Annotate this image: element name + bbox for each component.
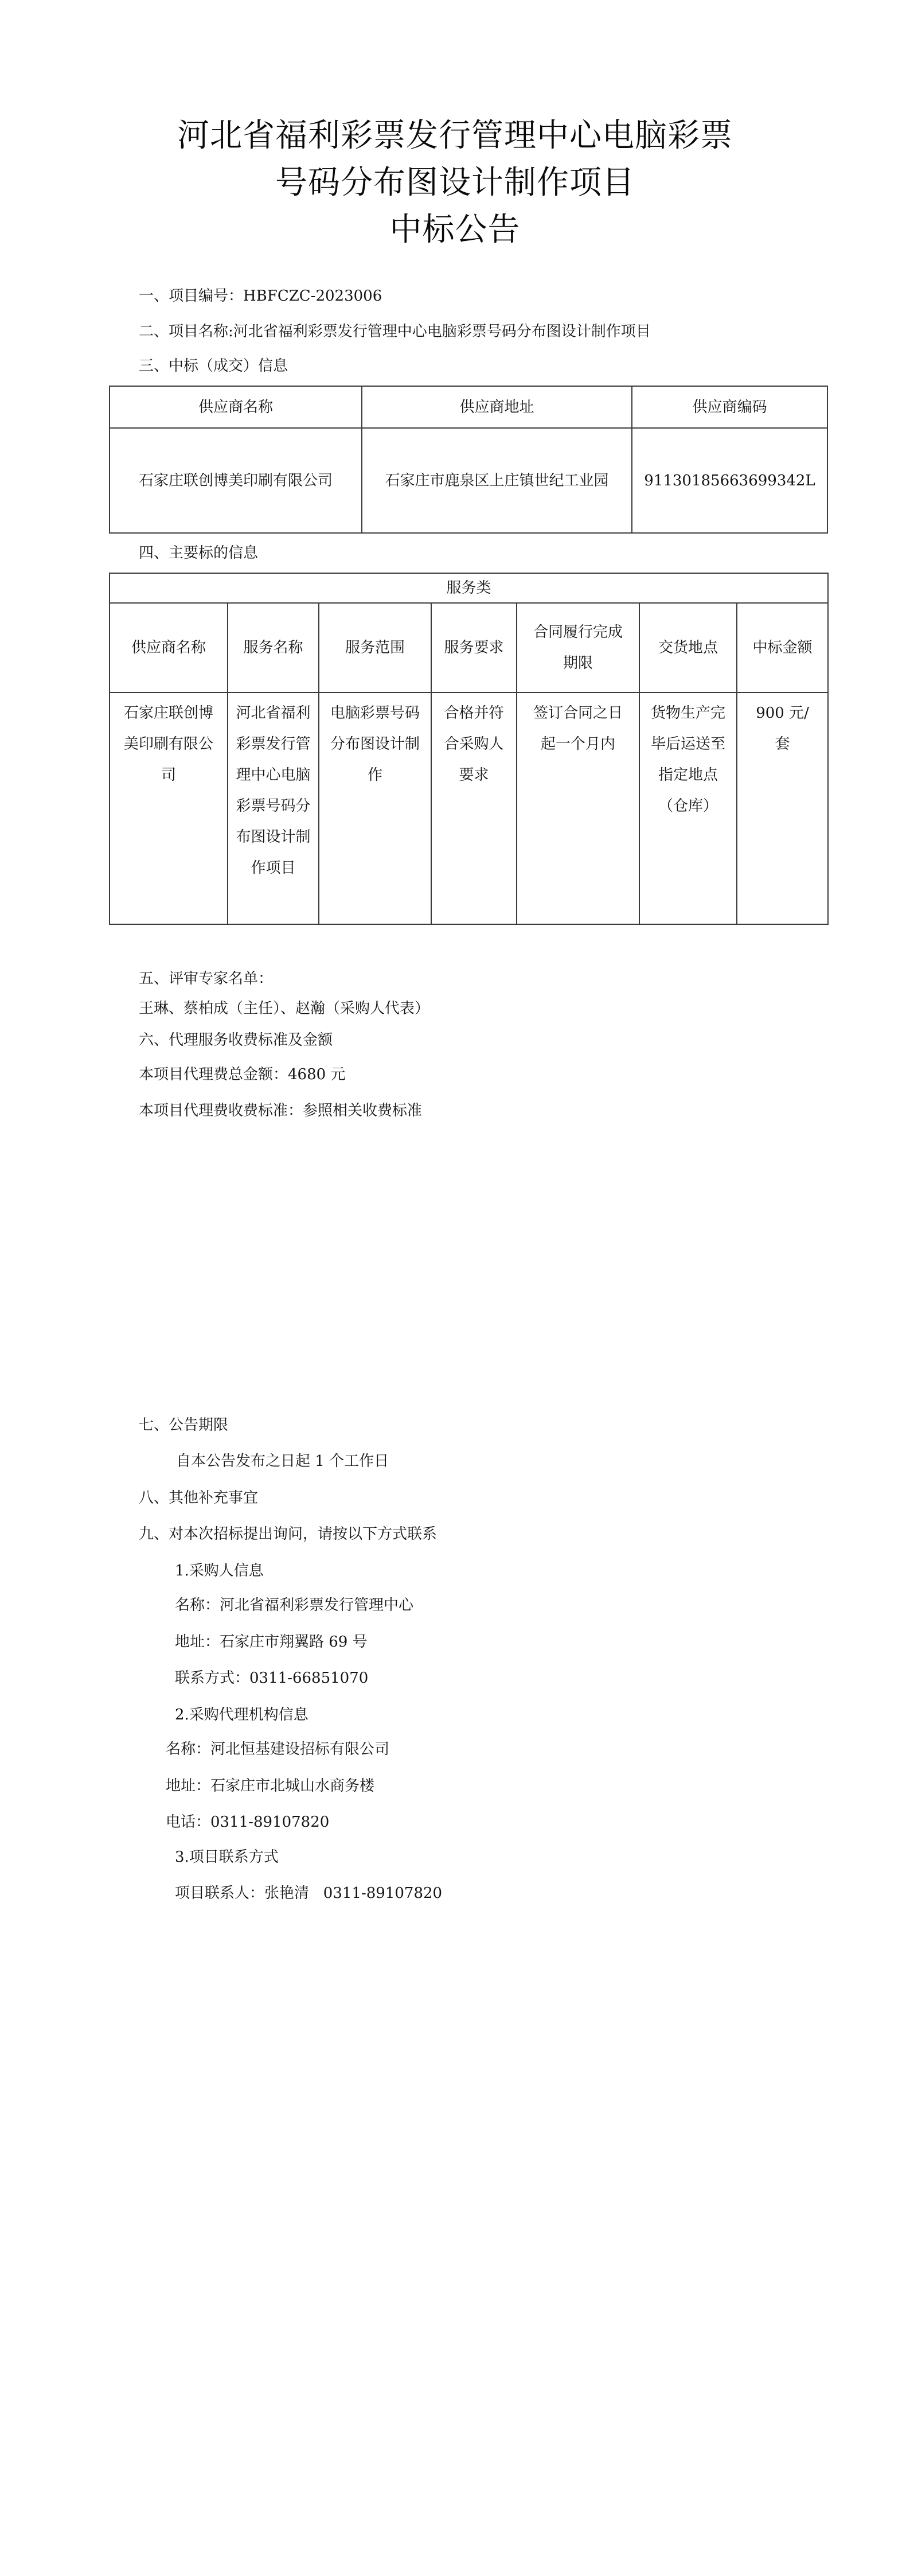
column-header: 服务名称	[228, 603, 319, 692]
supplier-name-cell: 石家庄联创博美印刷有限公司	[110, 428, 362, 533]
project-number: 一、项目编号：HBFCZC-2023006	[139, 286, 382, 306]
page-title-line-1: 河北省福利彩票发行管理中心电脑彩票	[0, 116, 910, 156]
project-name: 二、项目名称:河北省福利彩票发行管理中心电脑彩票号码分布图设计制作项目	[139, 321, 651, 342]
agency-fee-total: 本项目代理费总金额：4680 元	[139, 1064, 345, 1085]
column-header: 中标金额	[737, 603, 828, 692]
service-scope-cell: 电脑彩票号码分布图设计制作	[319, 692, 431, 924]
bid-amount-cell: 900 元/套	[737, 692, 828, 924]
delivery-location-cell: 货物生产完毕后运送至指定地点（仓库）	[639, 692, 737, 924]
table-row: 石家庄联创博美印刷有限公司 石家庄市鹿泉区上庄镇世纪工业园 9113018566…	[110, 428, 827, 533]
column-header: 合同履行完成期限	[517, 603, 639, 692]
section-agency-fee-heading: 六、代理服务收费标准及金额	[139, 1030, 333, 1050]
purchaser-name: 名称：河北省福利彩票发行管理中心	[175, 1595, 413, 1616]
agency-phone: 电话：0311-89107820	[166, 1812, 329, 1832]
agency-address: 地址：石家庄市北城山水商务楼	[166, 1776, 374, 1796]
section-supplementary-heading: 八、其他补充事宜	[139, 1488, 258, 1508]
section-contact-heading: 九、对本次招标提出询问，请按以下方式联系	[139, 1524, 437, 1544]
purchaser-heading: 1.采购人信息	[175, 1561, 264, 1581]
column-header: 供应商地址	[362, 386, 632, 428]
section-notice-period-heading: 七、公告期限	[139, 1415, 228, 1435]
service-requirement-cell: 合格并符合采购人要求	[431, 692, 517, 924]
agency-name: 名称：河北恒基建设招标有限公司	[166, 1739, 389, 1760]
page-title-line-2: 号码分布图设计制作项目	[0, 163, 910, 203]
table-header-row: 供应商名称 供应商地址 供应商编码	[110, 386, 827, 428]
column-header: 服务范围	[319, 603, 431, 692]
contract-period-cell: 签订合同之日起一个月内	[517, 692, 639, 924]
subject-table: 服务类 供应商名称 服务名称 服务范围 服务要求 合同履行完成期限 交货地点 中…	[109, 573, 829, 925]
purchaser-contact: 联系方式：0311-66851070	[175, 1668, 368, 1688]
project-contact-heading: 3.项目联系方式	[175, 1847, 279, 1867]
supplier-code-cell: 91130185663699342L	[632, 428, 827, 533]
category-cell: 服务类	[110, 573, 828, 603]
agency-heading: 2.采购代理机构信息	[175, 1705, 308, 1725]
purchaser-address: 地址：石家庄市翔翼路 69 号	[175, 1632, 368, 1652]
supplier-address-cell: 石家庄市鹿泉区上庄镇世纪工业园	[362, 428, 632, 533]
column-header: 服务要求	[431, 603, 517, 692]
table-header-row: 供应商名称 服务名称 服务范围 服务要求 合同履行完成期限 交货地点 中标金额	[110, 603, 828, 692]
experts-list: 王琳、蔡柏成（主任）、赵瀚（采购人代表）	[139, 998, 429, 1019]
category-row: 服务类	[110, 573, 828, 603]
agency-fee-standard: 本项目代理费收费标准：参照相关收费标准	[139, 1100, 422, 1121]
column-header: 交货地点	[639, 603, 737, 692]
page-title-line-3: 中标公告	[0, 210, 910, 250]
notice-period-detail: 自本公告发布之日起 1 个工作日	[176, 1451, 389, 1472]
section-winner-info-heading: 三、中标（成交）信息	[139, 356, 288, 376]
column-header: 供应商名称	[110, 386, 362, 428]
supplier-name-cell: 石家庄联创博美印刷有限公司	[110, 692, 228, 924]
winner-table: 供应商名称 供应商地址 供应商编码 石家庄联创博美印刷有限公司 石家庄市鹿泉区上…	[109, 386, 828, 534]
column-header: 供应商名称	[110, 603, 228, 692]
section-subject-info-heading: 四、主要标的信息	[139, 543, 258, 563]
project-contact-person: 项目联系人：张艳清 0311-89107820	[175, 1883, 442, 1904]
table-row: 石家庄联创博美印刷有限公司 河北省福利彩票发行管理中心电脑彩票号码分布图设计制作…	[110, 692, 828, 924]
column-header: 供应商编码	[632, 386, 827, 428]
section-experts-heading: 五、评审专家名单：	[139, 968, 273, 989]
service-name-cell: 河北省福利彩票发行管理中心电脑彩票号码分布图设计制作项目	[228, 692, 319, 924]
